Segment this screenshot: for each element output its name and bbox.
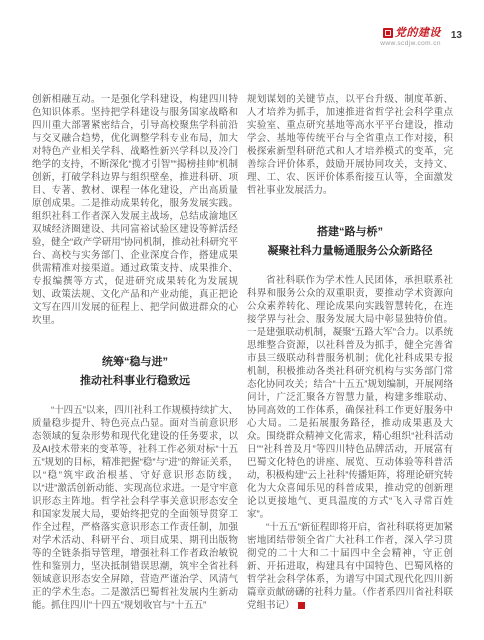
section-heading-stability: 统筹“稳与进” 推动社科事业行稳致远 xyxy=(32,353,238,391)
paragraph: “十四五”以来，四川社科工作规模持续扩大、质量稳步提升、特色亮点凸显。面对当前意… xyxy=(32,404,238,612)
heading-line-2: 凝聚社科力量畅通服务公众新路径 xyxy=(247,242,453,261)
paragraph-continuation: 创新相融互动。一是强化学科建设，构建四川特色知识体系。坚持把学科建设与服务国家战… xyxy=(32,93,238,327)
logo-url: www.scdjw.com.cn xyxy=(380,40,441,47)
paragraph: 省社科联作为学术性人民团体，承担联系社科界和服务公众的双重职责，要推动学术资源向… xyxy=(247,274,453,521)
closing-paragraph: “十五五”新征程即将开启，省社科联将更加紧密地团结带领全省广大社科工作者，深入学… xyxy=(247,521,453,612)
section-heading-bridge: 搭建“路与桥” 凝聚社科力量畅通服务公众新路径 xyxy=(247,223,453,261)
magazine-page: 党的建设 www.scdjw.com.cn 13 创新相融互动。一是强化学科建设… xyxy=(0,0,484,640)
paragraph-continuation: 规划谋划的关键节点，以平台升级、制度革新、人才培养为抓手，加速推进省哲学社会科学… xyxy=(247,93,453,197)
right-column: 规划谋划的关键节点，以平台升级、制度革新、人才培养为抓手，加速推进省哲学社会科学… xyxy=(247,93,453,612)
page-header: 党的建设 www.scdjw.com.cn 13 xyxy=(380,27,462,47)
heading-line-1: 统筹“稳与进” xyxy=(32,353,238,372)
closing-paragraph-text: “十五五”新征程即将开启，省社科联将更加紧密地团结带领全省广大社科工作者，深入学… xyxy=(247,522,453,611)
page-number: 13 xyxy=(451,30,462,41)
article-end-icon xyxy=(298,602,305,609)
logo-seal-icon xyxy=(383,28,393,38)
magazine-logo: 党的建设 www.scdjw.com.cn xyxy=(380,27,441,47)
logo-title: 党的建设 xyxy=(395,27,441,39)
left-column: 创新相融互动。一是强化学科建设，构建四川特色知识体系。坚持把学科建设与服务国家战… xyxy=(32,93,238,612)
logo-row: 党的建设 xyxy=(380,27,441,39)
article-body: 创新相融互动。一是强化学科建设，构建四川特色知识体系。坚持把学科建设与服务国家战… xyxy=(32,93,453,612)
heading-line-2: 推动社科事业行稳致远 xyxy=(32,372,238,391)
heading-line-1: 搭建“路与桥” xyxy=(247,223,453,242)
